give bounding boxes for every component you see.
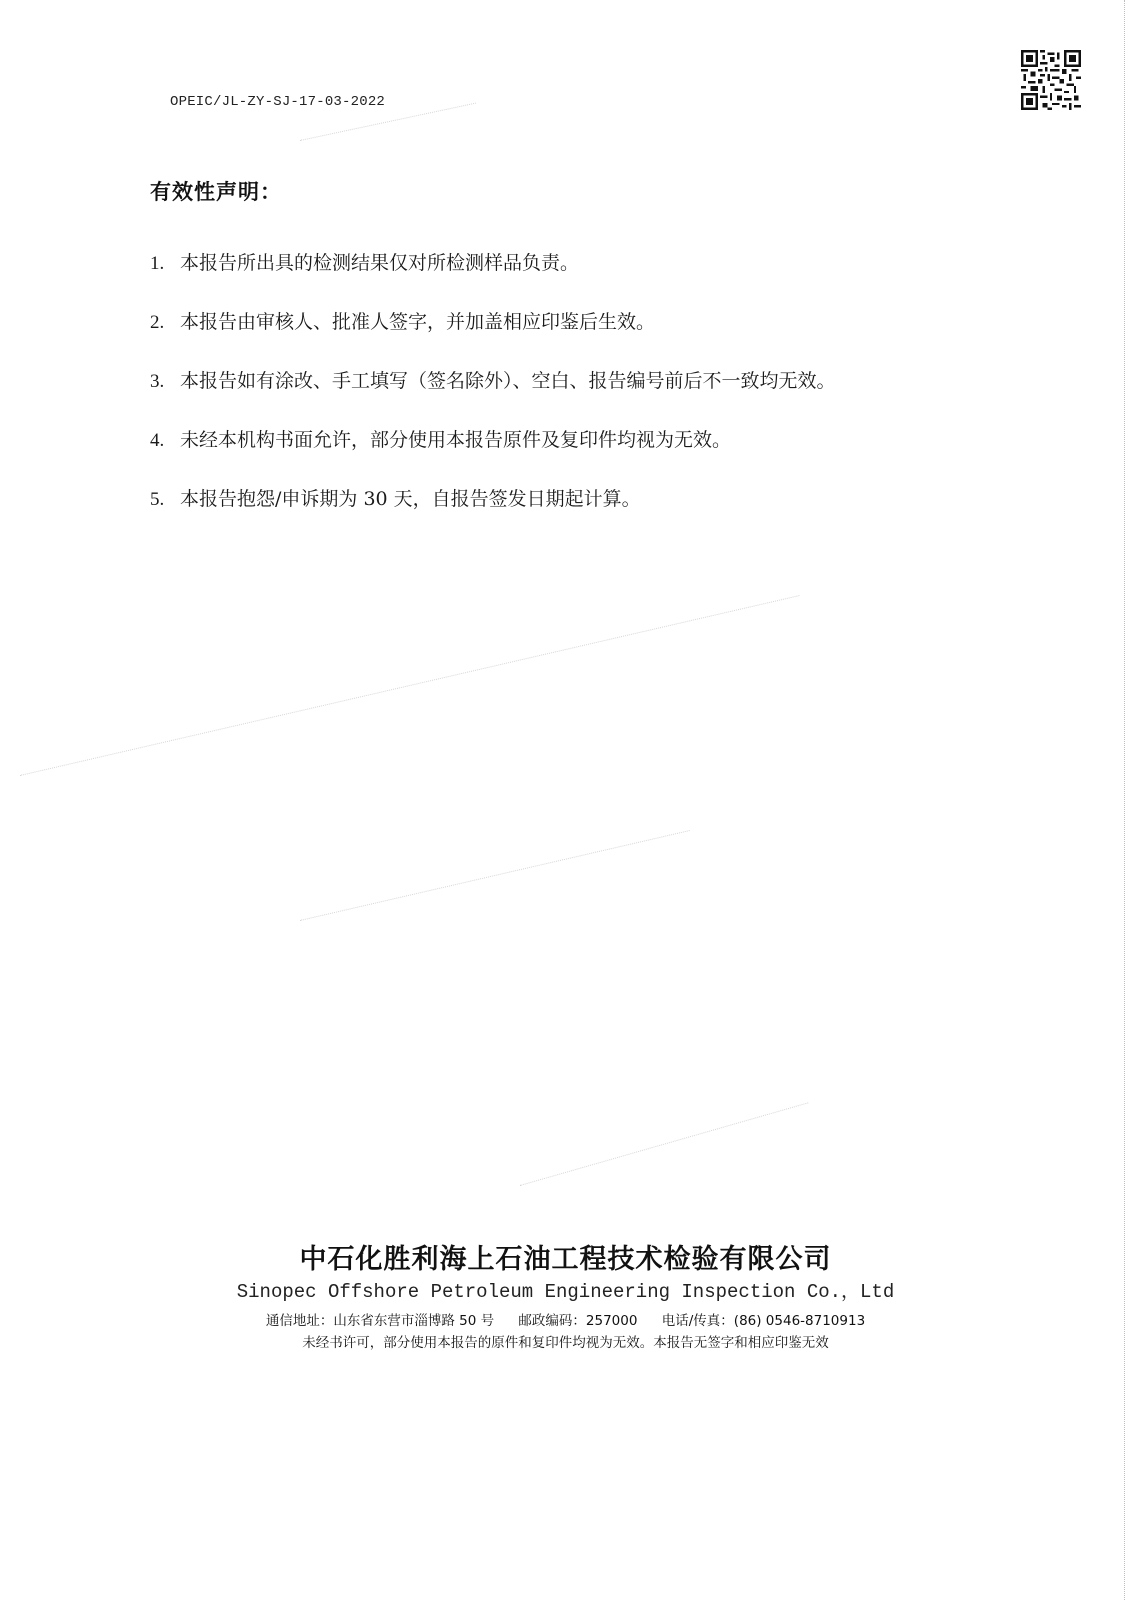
clause-text: 未经本机构书面允许，部分使用本报告原件及复印件均视为无效。 <box>180 429 731 451</box>
clause-text: 本报告所出具的检测结果仅对所检测样品负责。 <box>180 252 579 274</box>
footer-postcode: 邮政编码：257000 <box>518 1313 637 1329</box>
validity-clause: 1.本报告所出具的检测结果仅对所检测样品负责。 <box>150 250 836 309</box>
watermark-trace <box>520 1102 809 1187</box>
clause-number: 1. <box>150 251 180 277</box>
validity-clause-list: 1.本报告所出具的检测结果仅对所检测样品负责。 2.本报告由审核人、批准人签字，… <box>150 250 836 545</box>
company-name-english: Sinopec Offshore Petroleum Engineering I… <box>0 1276 1131 1303</box>
watermark-trace <box>20 595 800 777</box>
watermark-trace <box>300 830 690 922</box>
clause-number: 4. <box>150 428 180 454</box>
document-code: OPEIC/JL-ZY-SJ-17-03-2022 <box>170 94 385 110</box>
clause-text: 本报告由审核人、批准人签字，并加盖相应印鉴后生效。 <box>180 311 655 333</box>
company-name-chinese: 中石化胜利海上石油工程技术检验有限公司 <box>0 1237 1131 1276</box>
page-edge-divider <box>1124 0 1125 1600</box>
footer-phone-fax: 电话/传真：(86) 0546-8710913 <box>662 1313 865 1329</box>
validity-clause: 5.本报告抱怨/申诉期为 30 天，自报告签发日期起计算。 <box>150 486 836 545</box>
clause-number: 3. <box>150 369 180 395</box>
footer-notice: 未经书许可，部分使用本报告的原件和复印件均视为无效。本报告无签字和相应印鉴无效 <box>0 1331 1131 1351</box>
footer-contact-line: 通信地址：山东省东营市淄博路 50 号 邮政编码：257000 电话/传真：(8… <box>0 1309 1131 1329</box>
clause-number: 5. <box>150 487 180 513</box>
clause-text: 本报告抱怨/申诉期为 30 天，自报告签发日期起计算。 <box>180 488 641 510</box>
validity-clause: 2.本报告由审核人、批准人签字，并加盖相应印鉴后生效。 <box>150 309 836 368</box>
clause-number: 2. <box>150 310 180 336</box>
validity-clause: 4.未经本机构书面允许，部分使用本报告原件及复印件均视为无效。 <box>150 427 836 486</box>
document-page: OPEIC/JL-ZY-SJ-17-03-2022 <box>0 0 1131 1600</box>
clause-text: 本报告如有涂改、手工填写（签名除外）、空白、报告编号前后不一致均无效。 <box>180 370 836 392</box>
validity-clause: 3.本报告如有涂改、手工填写（签名除外）、空白、报告编号前后不一致均无效。 <box>150 368 836 427</box>
footer-address: 通信地址：山东省东营市淄博路 50 号 <box>266 1313 494 1329</box>
qr-code-icon <box>1021 50 1081 110</box>
validity-statement-title: 有效性声明： <box>150 176 282 206</box>
